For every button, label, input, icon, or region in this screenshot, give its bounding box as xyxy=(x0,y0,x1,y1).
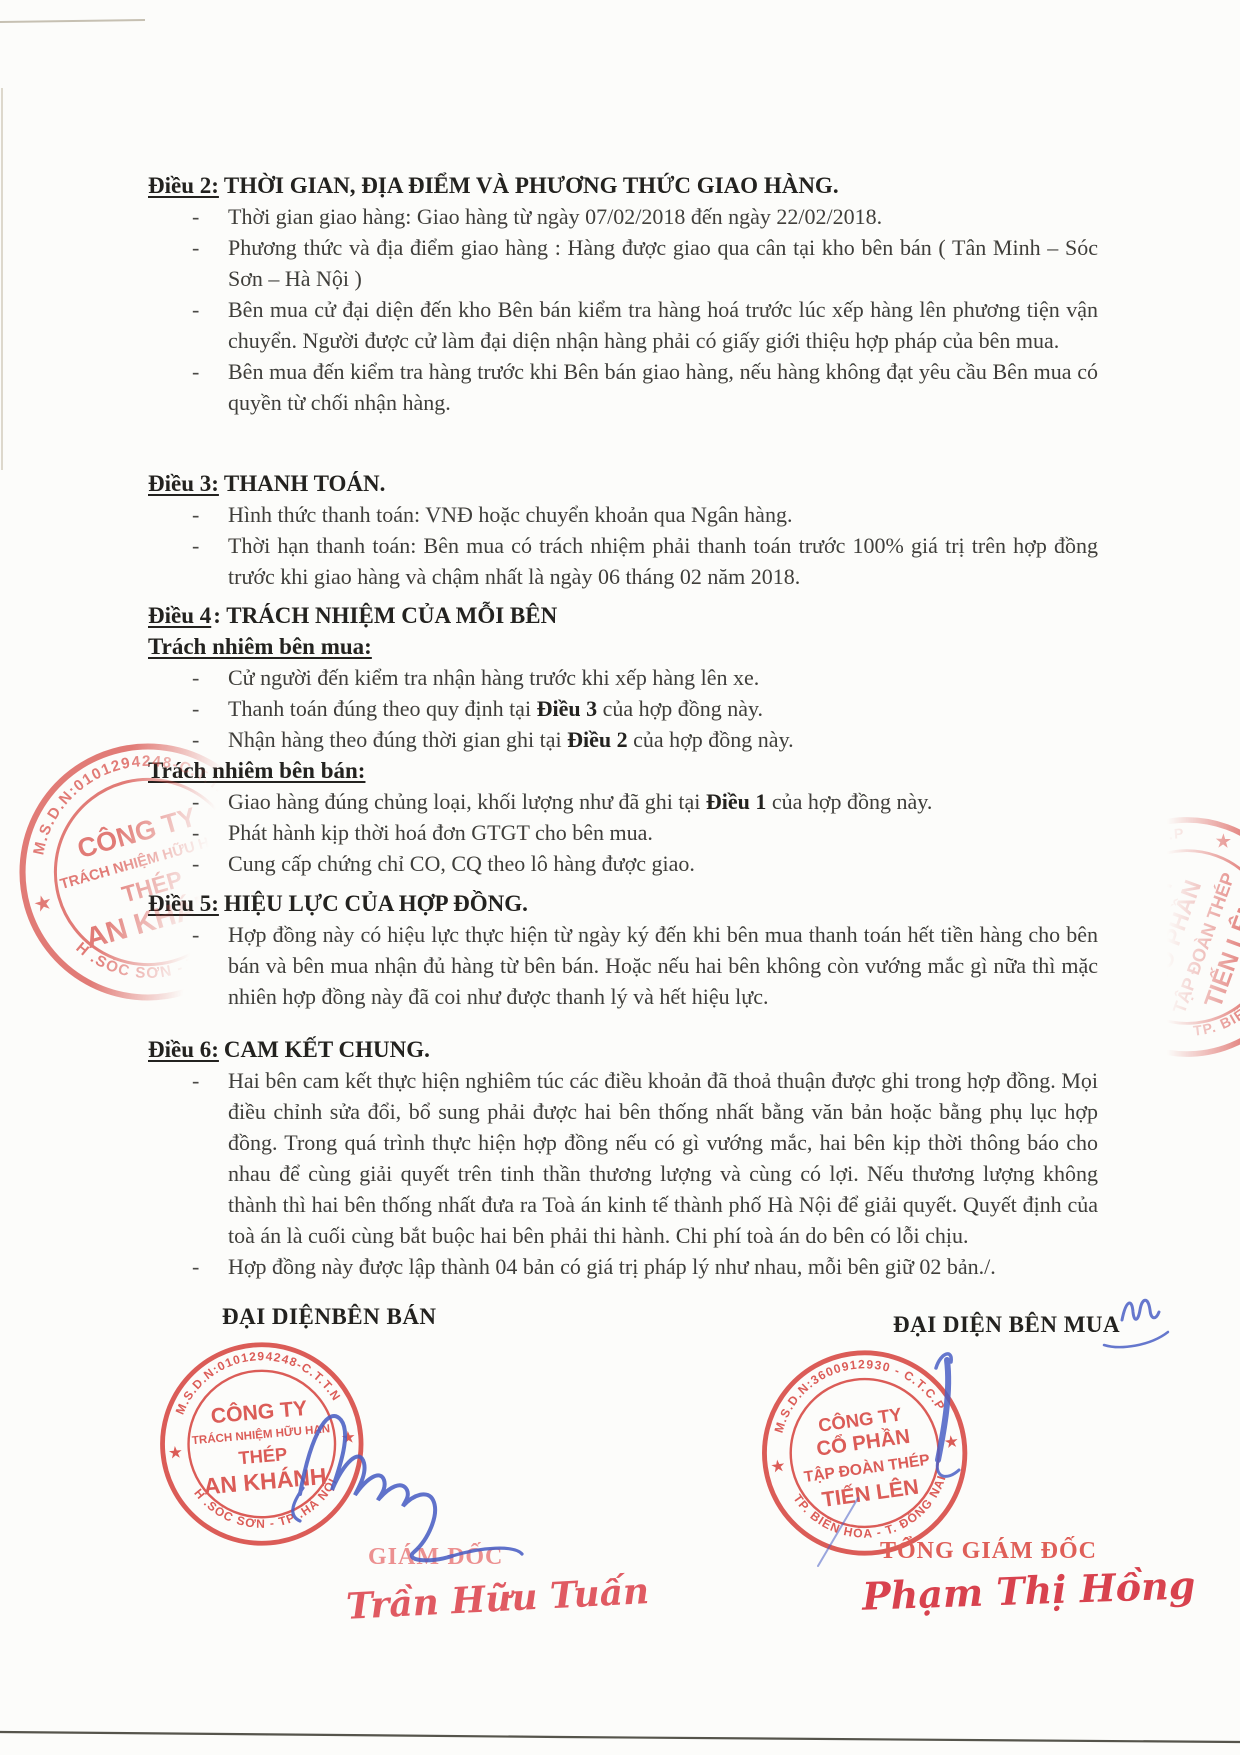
section-title: THỜI GIAN, ĐỊA ĐIỂM VÀ PHƯƠNG THỨC GIAO … xyxy=(224,173,839,198)
bullet-item: Hai bên cam kết thực hiện nghiêm túc các… xyxy=(148,1065,1098,1251)
bullet-text: Phát hành kịp thời hoá đơn GTGT cho bên … xyxy=(228,820,653,845)
section-heading: Điều 6:CAM KẾT CHUNG. xyxy=(148,1034,1098,1065)
bullet-text: Hợp đồng này có hiệu lực thực hiện từ ng… xyxy=(228,922,1098,1009)
bullet-text: Hợp đồng này được lập thành 04 bản có gi… xyxy=(228,1254,996,1279)
scanned-contract-page: Điều 2:THỜI GIAN, ĐỊA ĐIỂM VÀ PHƯƠNG THỨ… xyxy=(0,0,1240,1755)
section-dieu-6: Điều 6:CAM KẾT CHUNG. Hai bên cam kết th… xyxy=(148,1034,1098,1282)
section-label: Điều 3: xyxy=(148,471,219,496)
section-heading: Điều 2:THỜI GIAN, ĐỊA ĐIỂM VÀ PHƯƠNG THỨ… xyxy=(148,170,1098,201)
bullet-text: Hình thức thanh toán: VNĐ hoặc chuyển kh… xyxy=(228,502,792,527)
bullet-text: Phương thức và địa điểm giao hàng : Hàng… xyxy=(228,235,1098,291)
bullet-text: Thời hạn thanh toán: Bên mua có trách nh… xyxy=(228,533,1098,589)
buyer-seal-partial-wrap: M.S.D.N:3600912930 - C.T.C.P TP. BIÊN HÒ… xyxy=(1062,812,1240,1062)
section-heading: Điều 3:THANH TOÁN. xyxy=(148,468,1098,499)
bullet-item: Thanh toán đúng theo quy định tại Điều 3… xyxy=(148,693,1098,724)
bullet-text: Cung cấp chứng chỉ CO, CQ theo lô hàng đ… xyxy=(228,851,695,876)
section-label: Điều 6: xyxy=(148,1037,219,1062)
buyer-role-label: TỔNG GIÁM ĐỐC xyxy=(880,1538,1097,1565)
bullet-item: Thời gian giao hàng: Giao hàng từ ngày 0… xyxy=(148,201,1098,232)
section-dieu-4: Điều 4: TRÁCH NHIỆM CỦA MỖI BÊN Trách nh… xyxy=(148,600,1098,879)
bullet-item: Giao hàng đúng chủng loại, khối lượng nh… xyxy=(148,786,1098,817)
buyer-representative-title: ĐẠI DIỆN BÊN MUA xyxy=(893,1312,1120,1338)
section-heading: Điều 4: TRÁCH NHIỆM CỦA MỖI BÊN xyxy=(148,600,1098,631)
seal-star-right: ★ xyxy=(1212,830,1235,852)
section-title: CAM KẾT CHUNG. xyxy=(224,1037,430,1062)
seal-star-right: ★ xyxy=(341,1430,355,1447)
buyer-signature-name: Phạm Thị Hồng xyxy=(861,1562,1196,1619)
section-label: Điều 4 xyxy=(148,603,211,628)
bullet-item: Cung cấp chứng chỉ CO, CQ theo lô hàng đ… xyxy=(148,848,1098,879)
bullet-item: Cử người đến kiểm tra nhận hàng trước kh… xyxy=(148,662,1098,693)
seller-company-seal: M.S.D.N:0101294248-C.T.T.N H .SÓC SƠN - … xyxy=(147,1329,377,1564)
seal-company-line: THÉP xyxy=(238,1443,288,1468)
section-title: : TRÁCH NHIỆM CỦA MỖI BÊN xyxy=(213,603,557,628)
bullet-item: Phương thức và địa điểm giao hàng : Hàng… xyxy=(148,232,1098,294)
bullet-item: Nhận hàng theo đúng thời gian ghi tại Đi… xyxy=(148,724,1098,755)
bullet-text: Giao hàng đúng chủng loại, khối lượng nh… xyxy=(228,789,706,814)
bullet-item: Hợp đồng này có hiệu lực thực hiện từ ng… xyxy=(148,919,1098,1012)
section-label: Điều 2: xyxy=(148,173,219,198)
subsection-heading-buyer-duties: Trách nhiêm bên mua: xyxy=(148,631,1098,662)
seal-star-left: ★ xyxy=(32,890,54,915)
bullet-text: Bên mua cử đại diện đến kho Bên bán kiểm… xyxy=(228,297,1098,353)
bullet-text: Thời gian giao hàng: Giao hàng từ ngày 0… xyxy=(228,204,882,229)
bold-ref: Điều 1 xyxy=(706,789,767,814)
seller-role-label: GIÁM ĐỐC xyxy=(368,1544,503,1571)
bullet-text: Cử người đến kiểm tra nhận hàng trước kh… xyxy=(228,665,759,690)
seller-seal-partial-wrap: M.S.D.N:0101294248-C.T.T.N H .SÓC SƠN - … xyxy=(14,738,282,1006)
seal-star-right: ★ xyxy=(243,830,265,855)
bullet-text: của hợp đồng này. xyxy=(597,696,763,721)
bullet-text: của hợp đồng này. xyxy=(628,727,794,752)
seller-representative-title: ĐẠI DIỆNBÊN BÁN xyxy=(222,1304,437,1330)
bullet-item: Phát hành kịp thời hoá đơn GTGT cho bên … xyxy=(148,817,1098,848)
bullet-text: Bên mua đến kiểm tra hàng trước khi Bên … xyxy=(228,359,1098,415)
seal-star-left: ★ xyxy=(1142,1022,1165,1044)
section-dieu-2: Điều 2:THỜI GIAN, ĐỊA ĐIỂM VÀ PHƯƠNG THỨ… xyxy=(148,170,1098,418)
bullet-item: Hình thức thanh toán: VNĐ hoặc chuyển kh… xyxy=(148,499,1098,530)
seal-company-line: AN KHÁNH xyxy=(202,1462,327,1500)
bullet-text: của hợp đồng này. xyxy=(766,789,932,814)
section-heading: Điều 5:HIỆU LỰC CỦA HỢP ĐỒNG. xyxy=(148,888,1098,919)
seal-star-right: ★ xyxy=(944,1434,960,1452)
seller-company-seal-partial: M.S.D.N:0101294248-C.T.T.N H .SÓC SƠN - … xyxy=(0,706,315,1042)
subsection-heading-seller-duties: Trách nhiêm bên bán: xyxy=(148,755,1098,786)
bold-ref: Điều 2 xyxy=(567,727,628,752)
section-title: THANH TOÁN. xyxy=(224,471,385,496)
seller-signature-name: Trần Hữu Tuấn xyxy=(345,1570,650,1628)
section-dieu-3: Điều 3:THANH TOÁN. Hình thức thanh toán:… xyxy=(148,468,1098,592)
bullet-item: Thời hạn thanh toán: Bên mua có trách nh… xyxy=(148,530,1098,592)
section-dieu-5: Điều 5:HIỆU LỰC CỦA HỢP ĐỒNG. Hợp đồng n… xyxy=(148,888,1098,1012)
bold-ref: Điều 3 xyxy=(537,696,598,721)
bullet-text: Thanh toán đúng theo quy định tại xyxy=(228,696,537,721)
seal-star-left: ★ xyxy=(771,1458,787,1476)
bullet-item: Hợp đồng này được lập thành 04 bản có gi… xyxy=(148,1251,1098,1282)
bullet-item: Bên mua đến kiểm tra hàng trước khi Bên … xyxy=(148,356,1098,418)
seal-company-line: CÔNG TY xyxy=(210,1395,308,1428)
bullet-text: Hai bên cam kết thực hiện nghiêm túc các… xyxy=(228,1068,1098,1248)
seal-star-left: ★ xyxy=(168,1445,182,1462)
bullet-item: Bên mua cử đại diện đến kho Bên bán kiểm… xyxy=(148,294,1098,356)
